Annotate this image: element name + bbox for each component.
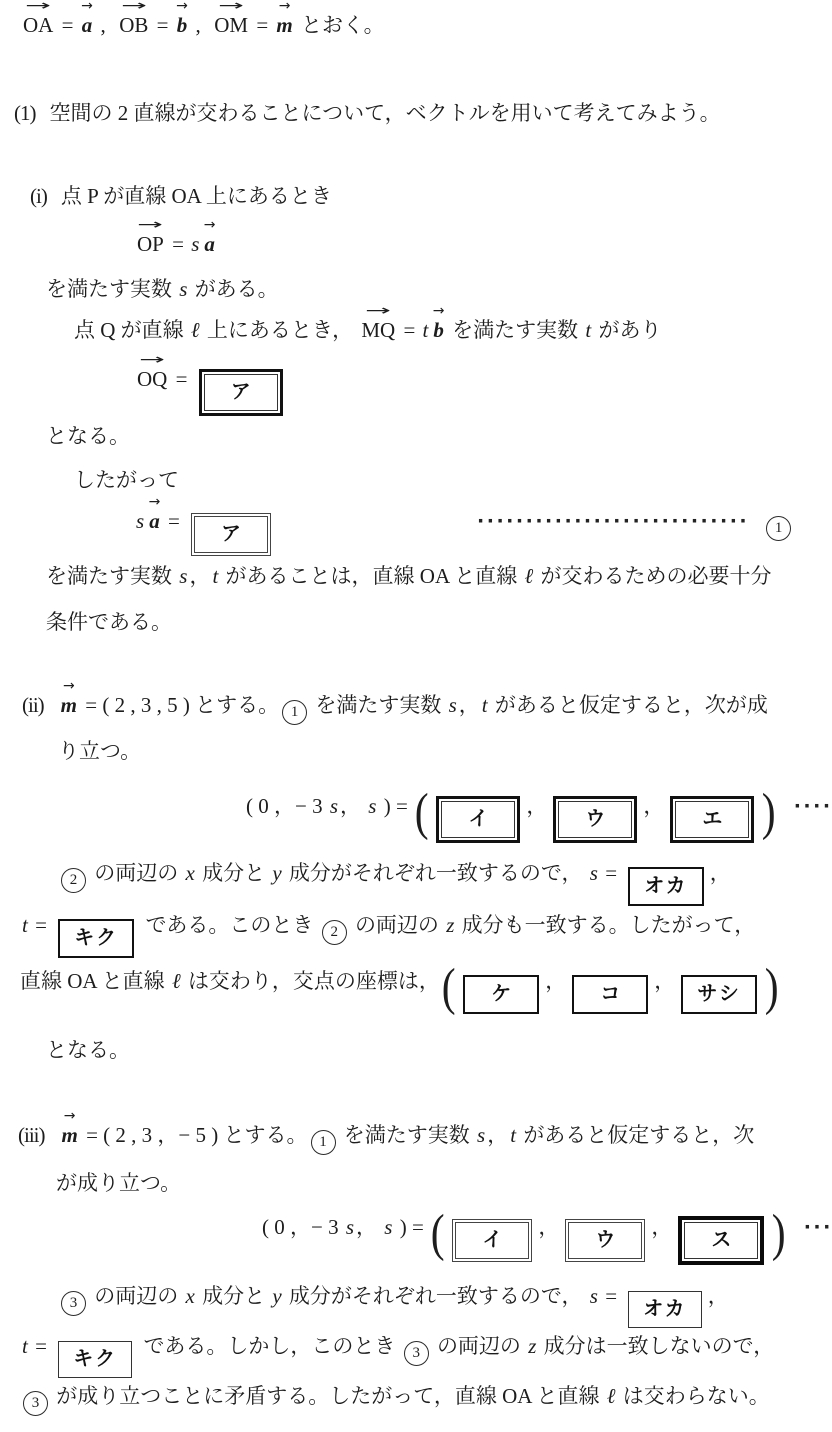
vector-arrow-icon: →: [138, 218, 164, 232]
part-ii-label: (ii): [22, 693, 44, 717]
text-run: である。しかし，このとき: [138, 1334, 401, 1358]
text-run: ，: [526, 794, 547, 818]
math-variable: s: [366, 794, 378, 818]
math-variable: s: [344, 1215, 356, 1239]
vector-om: →OM: [214, 12, 248, 38]
text-run: の両辺の: [89, 1284, 184, 1308]
math-variable: y: [270, 1284, 283, 1308]
text-run: = ( 2 , 3 , 5 ) とする。: [80, 693, 279, 717]
text-run: =: [30, 913, 52, 937]
text-run: ，: [708, 1284, 729, 1308]
text-necessary-1: を満たす実数 s，t があることは，直線 OA と直線 ℓ が交わるための必要十…: [46, 563, 771, 589]
text-run: があり: [593, 318, 661, 342]
answer-box-label: ス: [684, 1222, 758, 1259]
vector-symbol: OA: [23, 13, 53, 37]
equation-op-sa: →OP = s→a: [134, 231, 218, 257]
vector-oq: →OQ: [137, 366, 167, 392]
math-variable: s: [447, 693, 459, 717]
text-tonaru-1: となる。: [46, 423, 130, 449]
math-variable: ℓ: [522, 564, 535, 588]
text-run: 成分と: [197, 861, 271, 885]
text-run: を満たす実数: [339, 1123, 476, 1147]
answer-box-label: キク: [60, 921, 132, 956]
vector-arrow-icon: →: [64, 1109, 76, 1123]
math-variable: s: [588, 1284, 600, 1308]
circled-number-1: 1: [282, 700, 307, 725]
math-variable: s: [134, 509, 146, 533]
text-shitagatte: したがって: [74, 467, 179, 493]
text-run: 直線 OA と直線: [20, 969, 170, 993]
answer-box-su: ス: [678, 1216, 764, 1265]
equation-2-boxes: ( 0 ，− 3 s， s ) = (イ，ウ，エ)··············2: [246, 793, 832, 843]
text-run: ，: [340, 794, 366, 818]
part-iii-heading: (iii)→m = ( 2 , 3 ，− 5 ) とする。1 を満たす実数 s，…: [18, 1122, 754, 1155]
equation-sa-box-a-no1: s→a = ア····························1: [134, 508, 794, 556]
part-iii-paragraph-2: t = キク である。しかし，このとき 3 の両辺の z 成分は一致しないので，: [20, 1333, 774, 1378]
math-variable: z: [526, 1334, 538, 1358]
math-variable: s: [382, 1215, 394, 1239]
vector-a: →a: [82, 12, 93, 38]
text-run: 空間の 2 直線が交わることについて，ベクトルを用いて考えてみよう。: [50, 101, 721, 125]
text-run: ，: [710, 861, 731, 885]
vector-op: →OP: [137, 231, 164, 257]
vector-b: →b: [433, 317, 444, 343]
text-run: =: [600, 1284, 622, 1308]
dotted-leader-icon: ····························: [477, 510, 749, 532]
math-variable: t: [421, 318, 431, 342]
text-real-s-exists: を満たす実数 s がある。: [46, 276, 279, 302]
vector-symbol: OQ: [137, 367, 167, 391]
vector-symbol: OP: [137, 232, 164, 256]
vector-ob: →OB: [119, 12, 148, 38]
text-run: は交わらない。: [618, 1384, 770, 1408]
answer-box-kiku: キク: [58, 919, 134, 958]
vector-arrow-icon: →: [176, 0, 188, 13]
vector-arrow-icon: →: [204, 218, 216, 232]
answer-box-u: ウ: [553, 796, 637, 843]
text-run: とおく。: [296, 13, 385, 37]
answer-box-label: コ: [574, 977, 646, 1012]
answer-box-label: ウ: [558, 801, 632, 838]
vector-arrow-icon: →: [81, 0, 93, 13]
text-run: ,: [190, 13, 211, 37]
text-run: =: [600, 861, 622, 885]
vector-arrow-icon: →: [218, 0, 244, 13]
math-variable: s: [475, 1123, 487, 1147]
part-ii-paragraph-1: 2 の両辺の x 成分と y 成分がそれぞれ一致するので， s = オカ，: [58, 860, 731, 906]
vector-m: →m: [276, 12, 292, 38]
text-run: ) =: [378, 794, 413, 818]
vector-m: →m: [61, 692, 77, 718]
text-run: したがって: [74, 468, 179, 492]
circled-number-3: 3: [404, 1341, 429, 1366]
text-run: 点 P が直線 OA 上にあるとき: [61, 184, 332, 208]
text-run: り立つ。: [58, 739, 141, 763]
text-run: があると仮定すると，次が成: [490, 693, 768, 717]
text-run: となる。: [46, 1038, 130, 1062]
math-variable: t: [508, 1123, 518, 1147]
text-run: ，: [545, 969, 566, 993]
vector-arrow-icon: →: [149, 495, 161, 509]
vector-arrow-icon: →: [279, 0, 291, 13]
text-run: ( 0 ，− 3: [246, 794, 328, 818]
vector-symbol: MQ: [361, 318, 395, 342]
text-run: を満たす実数: [46, 564, 177, 588]
text-run: を満たす実数: [46, 277, 177, 301]
part-ii-paragraph-3: 直線 OA と直線 ℓ は交わり，交点の座標は，(ケ，コ，サシ): [20, 968, 780, 1014]
text-run: 条件である。: [46, 610, 172, 634]
answer-box-i: イ: [436, 796, 520, 843]
answer-box-label: ウ: [568, 1222, 642, 1259]
answer-box-label: ケ: [465, 977, 537, 1012]
answer-box-label: キク: [59, 1342, 131, 1377]
part-i-label: (i): [30, 184, 47, 208]
vector-symbol: OM: [214, 13, 248, 37]
vector-arrow-icon: →: [121, 0, 147, 13]
text-run: は交わり，交点の座標は，: [183, 969, 440, 993]
vector-b: →b: [177, 12, 188, 38]
vector-a: →a: [149, 508, 160, 534]
vector-symbol: m: [62, 1123, 78, 1147]
answer-box-oka: オカ: [628, 867, 703, 906]
math-variable: x: [184, 861, 197, 885]
text-run: ，: [487, 1123, 508, 1147]
part-ii-heading: (ii)→m = ( 2 , 3 , 5 ) とする。1 を満たす実数 s，t …: [22, 692, 768, 725]
math-variable: t: [583, 318, 593, 342]
text-run: がある。: [189, 277, 278, 301]
text-run: の両辺の: [89, 861, 184, 885]
text-run: =: [398, 318, 420, 342]
answer-box-oka-ref: オカ: [628, 1291, 701, 1328]
part-iii-paragraph-1: 3 の両辺の x 成分と y 成分がそれぞれ一致するので， s = オカ，: [58, 1283, 729, 1328]
math-variable: s: [588, 861, 600, 885]
vector-m: →m: [62, 1122, 78, 1148]
text-run: 上にあるとき，: [202, 318, 359, 342]
part-iii-paragraph-3: 3 が成り立つことに矛盾する。したがって，直線 OA と直線 ℓ は交わらない。: [20, 1383, 770, 1416]
math-variable: ℓ: [189, 318, 202, 342]
answer-box-u-ref: ウ: [565, 1219, 645, 1262]
math-variable: t: [480, 693, 490, 717]
math-variable: ℓ: [605, 1384, 618, 1408]
vector-arrow-icon: →: [365, 304, 391, 318]
math-variable: x: [184, 1284, 197, 1308]
text-run: 成分と: [197, 1284, 271, 1308]
text-run: の両辺の: [350, 913, 445, 937]
text-run: ，: [643, 794, 664, 818]
answer-box-label: オカ: [629, 1292, 700, 1327]
answer-box-sashi: サシ: [681, 975, 757, 1014]
part-i-heading: (i)点 P が直線 OA 上にあるとき: [30, 183, 332, 209]
part-ii-heading-2: り立つ。: [58, 738, 141, 764]
math-variable: s: [177, 564, 189, 588]
text-run: ，: [189, 564, 210, 588]
answer-box-a: ア: [199, 369, 283, 416]
answer-box-e: エ: [670, 796, 754, 843]
text-run: ，: [459, 693, 480, 717]
vector-a: →a: [204, 231, 215, 257]
text-run: があると仮定すると，次: [518, 1123, 754, 1147]
answer-box-label: ア: [204, 374, 278, 411]
text-run: ，: [651, 1215, 672, 1239]
vector-symbol: m: [276, 13, 292, 37]
math-variable: t: [210, 564, 220, 588]
spacer: [277, 527, 477, 528]
vector-symbol: a: [204, 232, 215, 256]
math-variable: y: [270, 861, 283, 885]
text-run: ，: [356, 1215, 382, 1239]
intro-line: →OA = →a , →OB = →b , →OM = →m とおく。: [20, 12, 385, 38]
text-run: = ( 2 , 3 ，− 5 ) とする。: [81, 1123, 308, 1147]
answer-box-ke: ケ: [463, 975, 539, 1014]
text-run: 成分は一致しないので，: [538, 1334, 774, 1358]
text-run: があることは，直線 OA と直線: [220, 564, 522, 588]
circled-number-3: 3: [61, 1291, 86, 1316]
circled-number-2: 2: [61, 868, 86, 893]
circled-number-3: 3: [23, 1391, 48, 1416]
math-variable: s: [328, 794, 340, 818]
text-run: が交わるための必要十分: [535, 564, 771, 588]
vector-symbol: OB: [119, 13, 148, 37]
text-run: ) =: [394, 1215, 429, 1239]
circled-number-1: 1: [766, 516, 791, 541]
text-q-on-line-l: 点 Q が直線 ℓ 上にあるとき， →MQ = t→b を満たす実数 t があり: [74, 317, 661, 343]
answer-box-label: イ: [441, 801, 515, 838]
part-iii-heading-2: が成り立つ。: [56, 1170, 181, 1196]
spacer: [778, 812, 794, 813]
answer-box-a-ref: ア: [191, 513, 271, 556]
equation-3-boxes: ( 0 ，− 3 s， s ) = (イ，ウ，ス)··············3: [262, 1214, 832, 1265]
text-run: を満たす実数: [310, 693, 447, 717]
question-1-lead: (1)空間の 2 直線が交わることについて，ベクトルを用いて考えてみよう。: [14, 100, 721, 126]
vector-mq: →MQ: [361, 317, 395, 343]
answer-box-ko: コ: [572, 975, 648, 1014]
part-iii-label: (iii): [18, 1123, 45, 1147]
vector-arrow-icon: →: [433, 304, 445, 318]
dotted-leader-icon: ··············: [804, 1216, 832, 1238]
math-variable: s: [189, 232, 201, 256]
circled-number-1: 1: [311, 1130, 336, 1155]
vector-symbol: b: [177, 13, 188, 37]
part-ii-paragraph-2: t = キク である。このとき 2 の両辺の z 成分も一致する。したがって，: [20, 912, 755, 958]
text-run: =: [30, 1334, 52, 1358]
spacer: [749, 527, 763, 528]
text-run: ,: [95, 13, 116, 37]
question-number: (1): [14, 101, 36, 125]
answer-box-kiku-ref: キク: [58, 1341, 132, 1378]
math-variable: z: [444, 913, 456, 937]
text-run: =: [151, 13, 173, 37]
equation-oq-box-a: →OQ = ア: [134, 366, 289, 416]
text-run: 点 Q が直線: [74, 318, 189, 342]
dotted-leader-icon: ··············: [794, 795, 832, 817]
text-run: =: [167, 232, 189, 256]
text-run: が成り立つ。: [56, 1171, 181, 1195]
vector-symbol: a: [82, 13, 93, 37]
math-variable: ℓ: [170, 969, 183, 993]
text-run: 成分がそれぞれ一致するので，: [284, 1284, 588, 1308]
text-run: 成分も一致する。したがって，: [456, 913, 755, 937]
math-variable: t: [20, 1334, 30, 1358]
text-tonaru-2: となる。: [46, 1037, 130, 1063]
text-run: =: [56, 13, 78, 37]
math-variable: s: [177, 277, 189, 301]
circled-number-2: 2: [322, 920, 347, 945]
answer-box-label: サシ: [683, 977, 755, 1012]
answer-box-label: オカ: [630, 869, 701, 904]
text-run: =: [170, 367, 192, 391]
text-run: ，: [538, 1215, 559, 1239]
vector-symbol: b: [433, 318, 444, 342]
text-run: となる。: [46, 424, 130, 448]
text-run: の両辺の: [432, 1334, 527, 1358]
text-run: を満たす実数: [447, 318, 584, 342]
vector-arrow-icon: →: [63, 679, 75, 693]
text-necessary-2: 条件である。: [46, 609, 172, 635]
text-run: である。このとき: [140, 913, 319, 937]
text-run: が成り立つことに矛盾する。したがって，直線 OA と直線: [51, 1384, 605, 1408]
vector-symbol: m: [61, 693, 77, 717]
answer-box-i-ref: イ: [452, 1219, 532, 1262]
answer-box-label: ア: [194, 516, 268, 553]
text-run: 成分がそれぞれ一致するので，: [284, 861, 588, 885]
text-run: =: [251, 13, 273, 37]
text-run: ( 0 ，− 3: [262, 1215, 344, 1239]
exam-document-page: →OA = →a , →OB = →b , →OM = →m とおく。 (1)空…: [0, 0, 832, 1432]
spacer: [788, 1233, 804, 1234]
text-run: =: [163, 509, 185, 533]
vector-arrow-icon: →: [25, 0, 51, 13]
vector-arrow-icon: →: [139, 353, 165, 367]
vector-oa: →OA: [23, 12, 53, 38]
text-run: ，: [654, 969, 675, 993]
answer-box-label: エ: [675, 801, 749, 838]
math-variable: t: [20, 913, 30, 937]
vector-symbol: a: [149, 509, 160, 533]
answer-box-label: イ: [455, 1222, 529, 1259]
